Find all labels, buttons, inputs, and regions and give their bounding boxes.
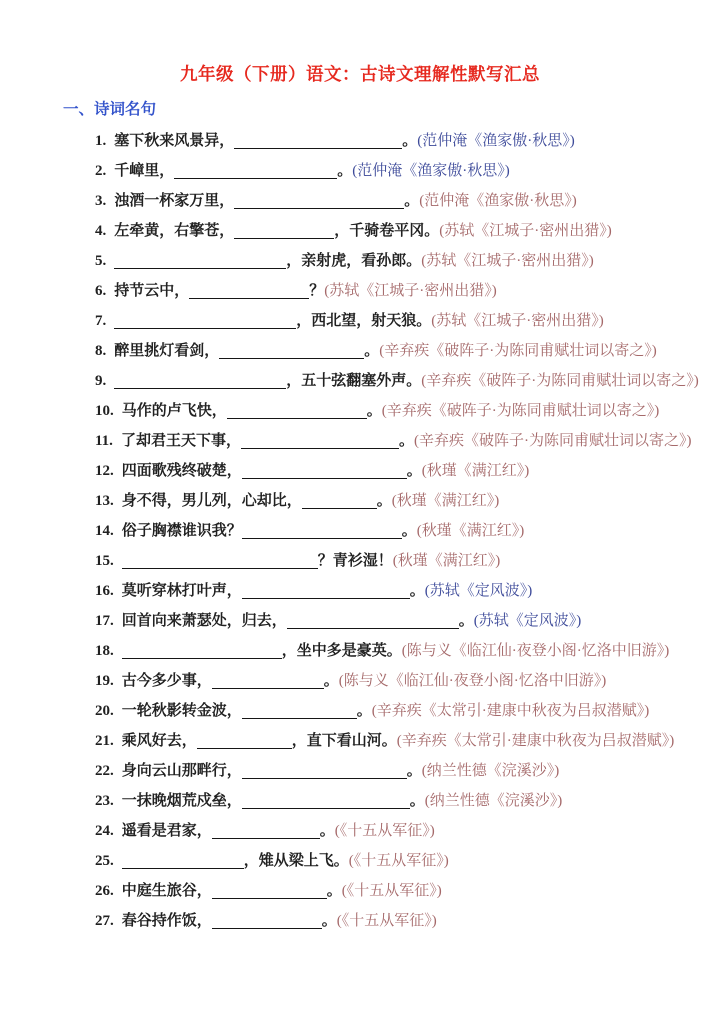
item-text-before-blank: 一抹晚烟荒戍垒， <box>122 793 242 809</box>
item-text-after-blank: ，五十弦翻塞外声。 <box>286 373 421 389</box>
item-number: 6. <box>95 283 114 299</box>
answer-blank <box>241 447 399 449</box>
list-item: 25.，雉从梁上飞。(《十五从军征》) <box>63 846 708 876</box>
item-number: 3. <box>95 193 114 209</box>
list-item: 21.乘风好去，，直下看山河。(辛弃疾《太常引·建康中秋夜为吕叔潜赋》) <box>63 726 708 756</box>
item-number: 17. <box>95 613 122 629</box>
list-item: 7.，西北望，射天狼。(苏轼《江城子·密州出猎》) <box>63 306 708 336</box>
item-text-before-blank: 古今多少事， <box>122 673 212 689</box>
item-source-attribution: (《十五从军征》) <box>337 913 437 929</box>
item-text-before-blank: 四面歌残终破楚， <box>122 463 242 479</box>
item-text-after-blank: ，亲射虎，看孙郎。 <box>286 253 421 269</box>
item-number: 15. <box>95 553 122 569</box>
list-item: 3.浊酒一杯家万里，。(范仲淹《渔家傲·秋思》) <box>63 186 708 216</box>
item-number: 7. <box>95 313 114 329</box>
list-item: 14.俗子胸襟谁识我？。(秋瑾《满江红》) <box>63 516 708 546</box>
answer-blank <box>302 507 377 509</box>
item-text-after-blank: ？青衫湿！ <box>318 553 393 569</box>
list-item: 24.遥看是君家，。(《十五从军征》) <box>63 816 708 846</box>
answer-blank <box>114 387 286 389</box>
item-source-attribution: (陈与义《临江仙·夜登小阁·忆洛中旧游》) <box>339 673 606 689</box>
list-item: 15.？青衫湿！(秋瑾《满江红》) <box>63 546 708 576</box>
item-source-attribution: (辛弃疾《破阵子·为陈同甫赋壮词以寄之》) <box>421 373 699 389</box>
answer-blank <box>212 897 327 899</box>
item-source-attribution: (陈与义《临江仙·夜登小阁·忆洛中旧游》) <box>402 643 669 659</box>
item-source-attribution: (纳兰性德《浣溪沙》) <box>422 763 560 779</box>
answer-blank <box>242 597 410 599</box>
item-text-after-blank: 。 <box>407 763 422 779</box>
item-source-attribution: (苏轼《江城子·密州出猎》) <box>431 313 604 329</box>
item-text-after-blank: 。 <box>459 613 474 629</box>
item-text-after-blank: 。 <box>410 793 425 809</box>
item-source-attribution: (苏轼《江城子·密州出猎》) <box>324 283 497 299</box>
answer-blank <box>189 297 309 299</box>
list-item: 23.一抹晚烟荒戍垒，。(纳兰性德《浣溪沙》) <box>63 786 708 816</box>
answer-blank <box>242 537 402 539</box>
item-text-after-blank: 。 <box>357 703 372 719</box>
answer-blank <box>234 207 404 209</box>
item-text-before-blank: 了却君王天下事， <box>121 433 241 449</box>
item-text-after-blank: 。 <box>404 193 419 209</box>
list-item: 20.一轮秋影转金波，。(辛弃疾《太常引·建康中秋夜为吕叔潜赋》) <box>63 696 708 726</box>
item-text-after-blank: 。 <box>367 403 382 419</box>
item-text-after-blank: ，坐中多是豪英。 <box>282 643 402 659</box>
item-number: 11. <box>95 433 121 449</box>
list-item: 13.身不得，男儿列，心却比，。(秋瑾《满江红》) <box>63 486 708 516</box>
item-source-attribution: (秋瑾《满江红》) <box>392 493 500 509</box>
answer-blank <box>114 267 286 269</box>
item-text-before-blank: 俗子胸襟谁识我？ <box>122 523 242 539</box>
document-page: 九年级（下册）语文：古诗文理解性默写汇总 一、诗词名句 1.塞下秋来风景异，。(… <box>0 0 720 1024</box>
answer-blank <box>242 477 407 479</box>
list-item: 9.，五十弦翻塞外声。(辛弃疾《破阵子·为陈同甫赋壮词以寄之》) <box>63 366 708 396</box>
item-number: 26. <box>95 883 122 899</box>
answer-blank <box>212 927 322 929</box>
item-text-after-blank: 。 <box>327 883 342 899</box>
item-number: 10. <box>95 403 122 419</box>
answer-blank <box>227 417 367 419</box>
answer-blank <box>212 687 324 689</box>
item-list: 1.塞下秋来风景异，。(范仲淹《渔家傲·秋思》)2.千嶂里，。(范仲淹《渔家傲·… <box>0 121 720 936</box>
item-text-after-blank: 。 <box>410 583 425 599</box>
item-number: 19. <box>95 673 122 689</box>
list-item: 27.春谷持作饭，。(《十五从军征》) <box>63 906 708 936</box>
item-text-after-blank: 。 <box>364 343 379 359</box>
item-text-after-blank: ？ <box>309 283 324 299</box>
item-text-after-blank: 。 <box>337 163 352 179</box>
item-source-attribution: (辛弃疾《破阵子·为陈同甫赋壮词以寄之》) <box>382 403 660 419</box>
list-item: 2.千嶂里，。(范仲淹《渔家傲·秋思》) <box>63 156 708 186</box>
item-text-before-blank: 千嶂里， <box>114 163 174 179</box>
item-number: 13. <box>95 493 122 509</box>
section-heading: 一、诗词名句 <box>63 99 720 121</box>
answer-blank <box>212 837 320 839</box>
item-text-before-blank: 左牵黄，右擎苍， <box>114 223 234 239</box>
item-text-after-blank: 。 <box>322 913 337 929</box>
item-number: 16. <box>95 583 122 599</box>
answer-blank <box>242 717 357 719</box>
item-number: 18. <box>95 643 122 659</box>
list-item: 6.持节云中，？(苏轼《江城子·密州出猎》) <box>63 276 708 306</box>
item-source-attribution: (《十五从军征》) <box>335 823 435 839</box>
item-text-before-blank: 遥看是君家， <box>122 823 212 839</box>
item-text-before-blank: 身向云山那畔行， <box>122 763 242 779</box>
item-text-before-blank: 塞下秋来风景异， <box>114 133 234 149</box>
item-text-before-blank: 乘风好去， <box>122 733 197 749</box>
item-number: 20. <box>95 703 122 719</box>
item-source-attribution: (秋瑾《满江红》) <box>422 463 530 479</box>
answer-blank <box>287 627 459 629</box>
item-text-after-blank: 。 <box>402 133 417 149</box>
item-source-attribution: (纳兰性德《浣溪沙》) <box>425 793 563 809</box>
item-text-before-blank: 中庭生旅谷， <box>122 883 212 899</box>
item-text-after-blank: 。 <box>324 673 339 689</box>
item-text-before-blank: 春谷持作饭， <box>122 913 212 929</box>
list-item: 1.塞下秋来风景异，。(范仲淹《渔家傲·秋思》) <box>63 126 708 156</box>
item-text-before-blank: 醉里挑灯看剑， <box>114 343 219 359</box>
item-source-attribution: (《十五从军征》) <box>349 853 449 869</box>
answer-blank <box>242 807 410 809</box>
item-text-before-blank: 浊酒一杯家万里， <box>114 193 234 209</box>
item-source-attribution: (《十五从军征》) <box>342 883 442 899</box>
answer-blank <box>122 567 318 569</box>
list-item: 18.，坐中多是豪英。(陈与义《临江仙·夜登小阁·忆洛中旧游》) <box>63 636 708 666</box>
item-text-before-blank: 马作的卢飞快， <box>122 403 227 419</box>
item-number: 14. <box>95 523 122 539</box>
item-source-attribution: (秋瑾《满江红》) <box>393 553 501 569</box>
item-text-before-blank: 莫听穿林打叶声， <box>122 583 242 599</box>
list-item: 12.四面歌残终破楚，。(秋瑾《满江红》) <box>63 456 708 486</box>
answer-blank <box>114 327 296 329</box>
list-item: 8.醉里挑灯看剑，。(辛弃疾《破阵子·为陈同甫赋壮词以寄之》) <box>63 336 708 366</box>
document-title: 九年级（下册）语文：古诗文理解性默写汇总 <box>0 0 720 86</box>
item-text-after-blank: ，千骑卷平冈。 <box>334 223 439 239</box>
answer-blank <box>174 177 337 179</box>
item-text-before-blank: 身不得，男儿列，心却比， <box>122 493 302 509</box>
item-text-after-blank: 。 <box>407 463 422 479</box>
list-item: 19.古今多少事，。(陈与义《临江仙·夜登小阁·忆洛中旧游》) <box>63 666 708 696</box>
answer-blank <box>219 357 364 359</box>
answer-blank <box>197 747 292 749</box>
item-source-attribution: (苏轼《定风波》) <box>425 583 533 599</box>
item-number: 2. <box>95 163 114 179</box>
item-source-attribution: (辛弃疾《太常引·建康中秋夜为吕叔潜赋》) <box>397 733 675 749</box>
list-item: 4.左牵黄，右擎苍，，千骑卷平冈。(苏轼《江城子·密州出猎》) <box>63 216 708 246</box>
item-text-before-blank: 持节云中， <box>114 283 189 299</box>
item-number: 9. <box>95 373 114 389</box>
item-number: 22. <box>95 763 122 779</box>
item-number: 23. <box>95 793 122 809</box>
item-number: 4. <box>95 223 114 239</box>
item-number: 21. <box>95 733 122 749</box>
list-item: 22.身向云山那畔行，。(纳兰性德《浣溪沙》) <box>63 756 708 786</box>
item-source-attribution: (辛弃疾《破阵子·为陈同甫赋壮词以寄之》) <box>379 343 657 359</box>
list-item: 11.了却君王天下事，。(辛弃疾《破阵子·为陈同甫赋壮词以寄之》) <box>63 426 708 456</box>
answer-blank <box>242 777 407 779</box>
item-number: 25. <box>95 853 122 869</box>
item-text-after-blank: 。 <box>399 433 414 449</box>
item-number: 24. <box>95 823 122 839</box>
item-source-attribution: (苏轼《江城子·密州出猎》) <box>421 253 594 269</box>
answer-blank <box>122 657 282 659</box>
item-text-before-blank: 回首向来萧瑟处，归去， <box>122 613 287 629</box>
list-item: 16.莫听穿林打叶声，。(苏轼《定风波》) <box>63 576 708 606</box>
item-text-after-blank: ，直下看山河。 <box>292 733 397 749</box>
item-text-after-blank: ，西北望，射天狼。 <box>296 313 431 329</box>
item-text-before-blank: 一轮秋影转金波， <box>122 703 242 719</box>
answer-blank <box>234 147 402 149</box>
list-item: 10.马作的卢飞快，。(辛弃疾《破阵子·为陈同甫赋壮词以寄之》) <box>63 396 708 426</box>
item-number: 1. <box>95 133 114 149</box>
list-item: 26.中庭生旅谷，。(《十五从军征》) <box>63 876 708 906</box>
item-source-attribution: (辛弃疾《破阵子·为陈同甫赋壮词以寄之》) <box>414 433 692 449</box>
item-number: 27. <box>95 913 122 929</box>
list-item: 5.，亲射虎，看孙郎。(苏轼《江城子·密州出猎》) <box>63 246 708 276</box>
answer-blank <box>234 237 334 239</box>
item-number: 8. <box>95 343 114 359</box>
item-number: 5. <box>95 253 114 269</box>
item-text-after-blank: 。 <box>377 493 392 509</box>
item-text-after-blank: 。 <box>320 823 335 839</box>
item-source-attribution: (苏轼《江城子·密州出猎》) <box>439 223 612 239</box>
item-text-after-blank: ，雉从梁上飞。 <box>244 853 349 869</box>
answer-blank <box>122 867 244 869</box>
item-source-attribution: (苏轼《定风波》) <box>474 613 582 629</box>
item-source-attribution: (范仲淹《渔家傲·秋思》) <box>352 163 510 179</box>
item-source-attribution: (范仲淹《渔家傲·秋思》) <box>419 193 577 209</box>
item-number: 12. <box>95 463 122 479</box>
item-source-attribution: (范仲淹《渔家傲·秋思》) <box>417 133 575 149</box>
item-source-attribution: (辛弃疾《太常引·建康中秋夜为吕叔潜赋》) <box>372 703 650 719</box>
item-text-after-blank: 。 <box>402 523 417 539</box>
list-item: 17.回首向来萧瑟处，归去，。(苏轼《定风波》) <box>63 606 708 636</box>
item-source-attribution: (秋瑾《满江红》) <box>417 523 525 539</box>
